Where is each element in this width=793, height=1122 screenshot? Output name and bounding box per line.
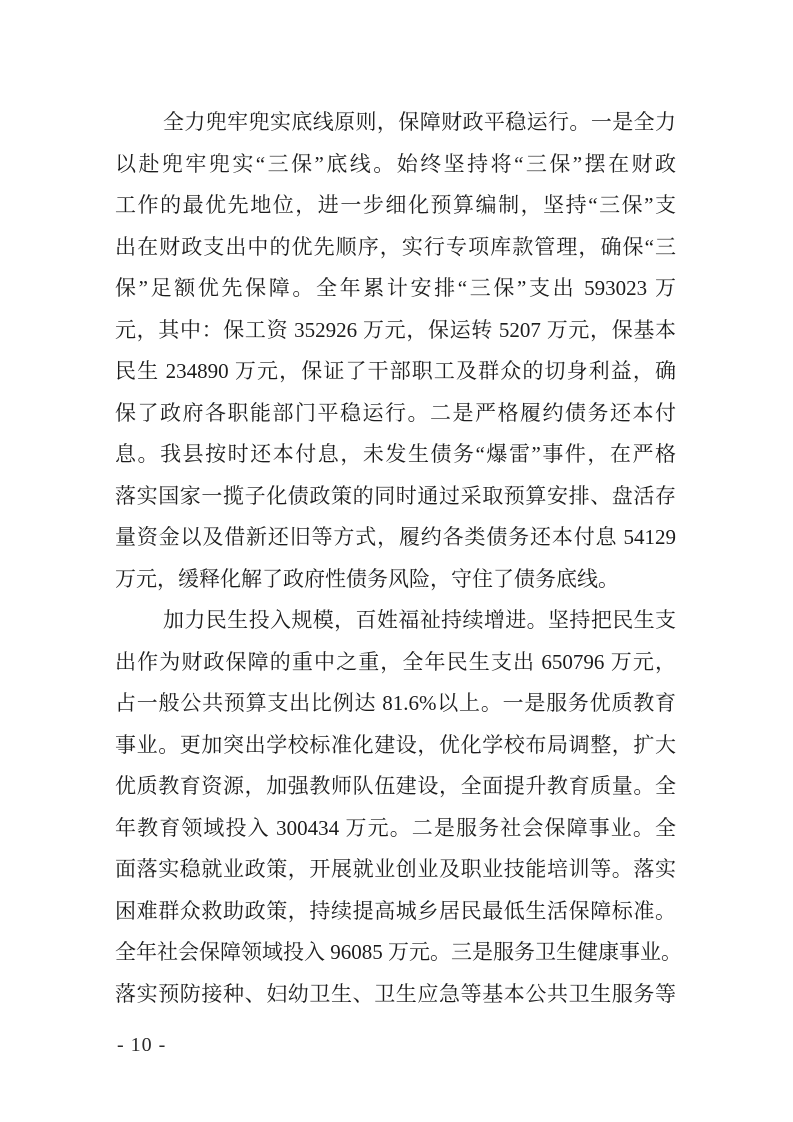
body-text: 全力兜牢兜实底线原则，保障财政平稳运行。一是全力 以赴兜牢兜实“三保”底线。始终… (115, 102, 676, 1015)
text-line: 事业。更加突出学校标准化建设，优化学校布局调整，扩大 (115, 725, 676, 767)
text-line: 保”足额优先保障。全年累计安排“三保”支出 593023 万 (115, 268, 676, 310)
text-line: 困难群众救助政策，持续提高城乡居民最低生活保障标准。 (115, 891, 676, 933)
text-line: 元，其中：保工资 352926 万元，保运转 5207 万元，保基本 (115, 310, 676, 352)
text-line: 量资金以及借新还旧等方式，履约各类债务还本付息 54129 (115, 517, 676, 559)
text-line: 出在财政支出中的优先顺序，实行专项库款管理，确保“三 (115, 227, 676, 269)
text-line: 民生 234890 万元，保证了干部职工及群众的切身利益，确 (115, 351, 676, 393)
text-line: 全年社会保障领域投入 96085 万元。三是服务卫生健康事业。 (115, 932, 676, 974)
text-line: 保了政府各职能部门平稳运行。二是严格履约债务还本付 (115, 393, 676, 435)
page-number: - 10 - (117, 1032, 166, 1058)
paragraph-2: 加力民生投入规模，百姓福祉持续增进。坚持把民生支 出作为财政保障的重中之重，全年… (115, 600, 676, 1015)
text-line: 以赴兜牢兜实“三保”底线。始终坚持将“三保”摆在财政 (115, 144, 676, 186)
document-page: 全力兜牢兜实底线原则，保障财政平稳运行。一是全力 以赴兜牢兜实“三保”底线。始终… (0, 0, 793, 1122)
text-line: 优质教育资源，加强教师队伍建设，全面提升教育质量。全 (115, 766, 676, 808)
text-line: 落实国家一揽子化债政策的同时通过采取预算安排、盘活存 (115, 476, 676, 518)
text-line: 年教育领域投入 300434 万元。二是服务社会保障事业。全 (115, 808, 676, 850)
paragraph-1: 全力兜牢兜实底线原则，保障财政平稳运行。一是全力 以赴兜牢兜实“三保”底线。始终… (115, 102, 676, 600)
text-line: 加力民生投入规模，百姓福祉持续增进。坚持把民生支 (115, 600, 676, 642)
text-line: 占一般公共预算支出比例达 81.6%以上。一是服务优质教育 (115, 683, 676, 725)
text-line: 万元，缓释化解了政府性债务风险，守住了债务底线。 (115, 559, 676, 601)
text-line: 出作为财政保障的重中之重，全年民生支出 650796 万元， (115, 642, 676, 684)
text-line: 工作的最优先地位，进一步细化预算编制，坚持“三保”支 (115, 185, 676, 227)
text-line: 落实预防接种、妇幼卫生、卫生应急等基本公共卫生服务等 (115, 974, 676, 1016)
text-line: 息。我县按时还本付息，未发生债务“爆雷”事件，在严格 (115, 434, 676, 476)
text-line: 全力兜牢兜实底线原则，保障财政平稳运行。一是全力 (115, 102, 676, 144)
text-line: 面落实稳就业政策，开展就业创业及职业技能培训等。落实 (115, 849, 676, 891)
